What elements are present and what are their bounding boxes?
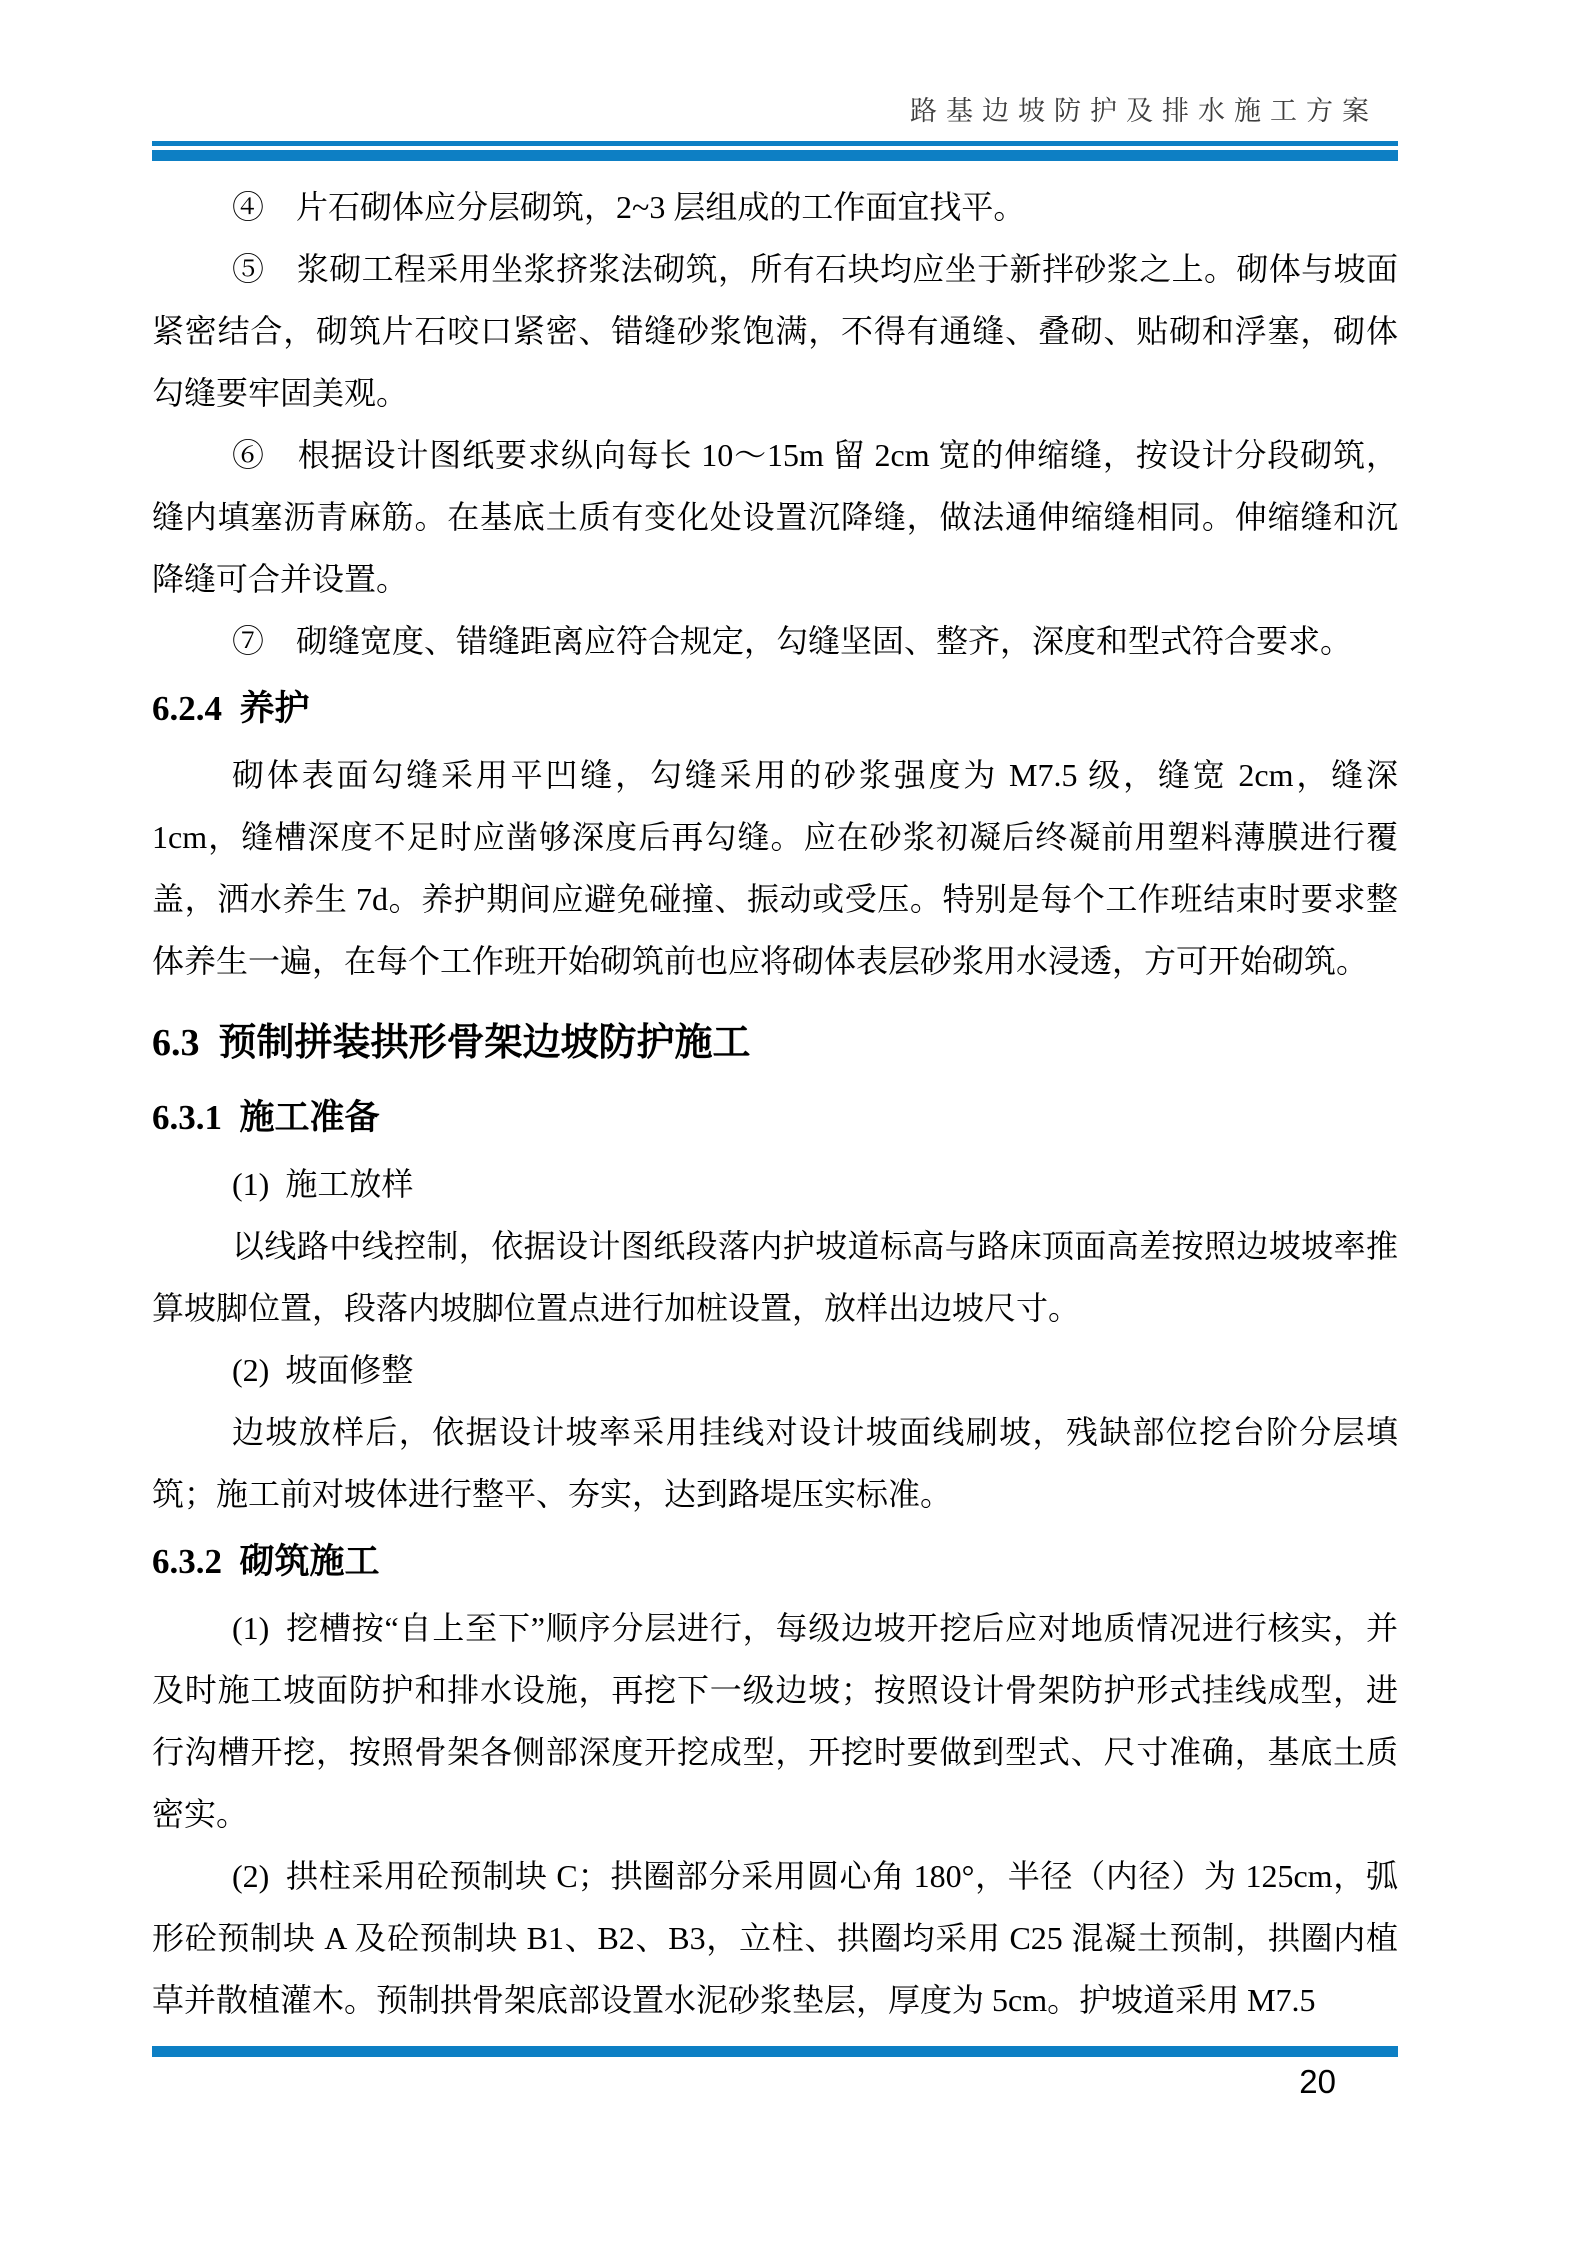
header-rule-thin bbox=[152, 141, 1398, 146]
heading-6-3-1: 6.3.1 施工准备 bbox=[152, 1086, 1398, 1150]
header-rule-thick bbox=[152, 150, 1398, 161]
document-body: ④ 片石砌体应分层砌筑，2~3 层组成的工作面宜找平。 ⑤ 浆砌工程采用坐浆挤浆… bbox=[152, 176, 1398, 2031]
paragraph-curing: 砌体表面勾缝采用平凹缝，勾缝采用的砂浆强度为 M7.5 级，缝宽 2cm，缝深 … bbox=[152, 744, 1398, 992]
heading-6-3-2: 6.3.2 砌筑施工 bbox=[152, 1530, 1398, 1594]
heading-6-2-4: 6.2.4 养护 bbox=[152, 677, 1398, 741]
footer-rule bbox=[152, 2046, 1398, 2057]
list-item-circled-4: ④ 片石砌体应分层砌筑，2~3 层组成的工作面宜找平。 bbox=[152, 176, 1398, 238]
header-title: 路基边坡防护及排水施工方案 bbox=[152, 94, 1398, 128]
page-number: 20 bbox=[152, 2063, 1398, 2101]
step-label-slope-trim: (2) 坡面修整 bbox=[152, 1339, 1398, 1401]
step-label-survey: (1) 施工放样 bbox=[152, 1153, 1398, 1215]
paragraph-survey: 以线路中线控制，依据设计图纸段落内护坡道标高与路床顶面高差按照边坡坡率推算坡脚位… bbox=[152, 1215, 1398, 1339]
document-page: 路基边坡防护及排水施工方案 ④ 片石砌体应分层砌筑，2~3 层组成的工作面宜找平… bbox=[0, 0, 1587, 2245]
page-footer: 20 bbox=[152, 2046, 1398, 2101]
heading-6-3: 6.3 预制拼装拱形骨架边坡防护施工 bbox=[152, 1010, 1398, 1076]
list-item-circled-5: ⑤ 浆砌工程采用坐浆挤浆法砌筑，所有石块均应坐于新拌砂浆之上。砌体与坡面紧密结合… bbox=[152, 238, 1398, 424]
page-header: 路基边坡防护及排水施工方案 bbox=[152, 94, 1398, 161]
list-item-circled-7: ⑦ 砌缝宽度、错缝距离应符合规定，勾缝坚固、整齐，深度和型式符合要求。 bbox=[152, 610, 1398, 672]
list-item-circled-6: ⑥ 根据设计图纸要求纵向每长 10～15m 留 2cm 宽的伸缩缝，按设计分段砌… bbox=[152, 424, 1398, 610]
paragraph-slope-trim: 边坡放样后，依据设计坡率采用挂线对设计坡面线刷坡，残缺部位挖台阶分层填筑；施工前… bbox=[152, 1401, 1398, 1525]
paragraph-precast-blocks: (2) 拱柱采用砼预制块 C；拱圈部分采用圆心角 180°，半径（内径）为 12… bbox=[152, 1845, 1398, 2031]
paragraph-excavation: (1) 挖槽按“自上至下”顺序分层进行，每级边坡开挖后应对地质情况进行核实，并及… bbox=[152, 1597, 1398, 1845]
